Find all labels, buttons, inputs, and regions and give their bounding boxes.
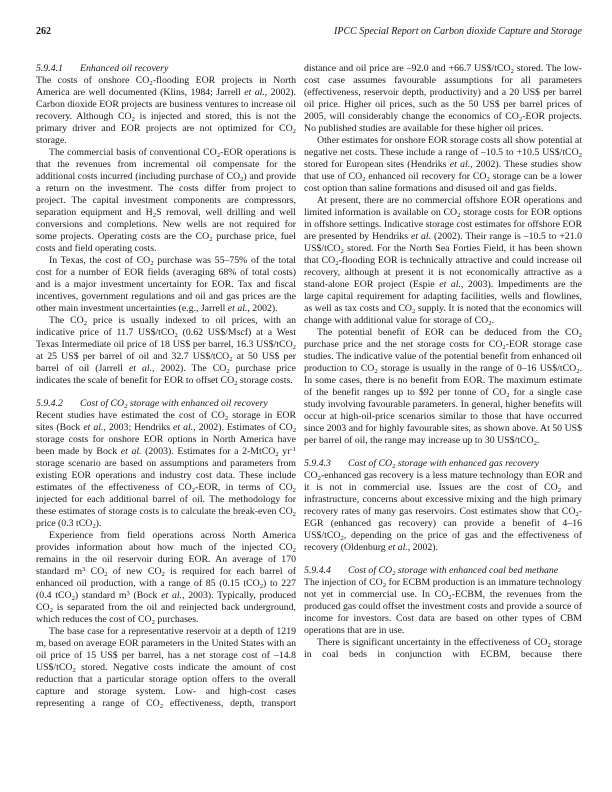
section-5-9-4-2: 5.9.4.2 Cost of CO2 storage with enhance… <box>36 398 296 710</box>
paragraph: The injection of CO2 for ECBM production… <box>304 577 582 637</box>
section-title: Enhanced oil recovery <box>80 63 296 75</box>
paragraph: The costs of onshore CO2-flooding EOR pr… <box>36 75 296 147</box>
section-number: 5.9.4.1 <box>36 63 80 75</box>
paragraph: The potential benefit of EOR can be dedu… <box>304 327 582 447</box>
section-title: Cost of CO2 storage with enhanced gas re… <box>348 458 582 470</box>
paragraph: At present, there are no commercial offs… <box>304 195 582 327</box>
section-number: 5.9.4.2 <box>36 398 80 410</box>
paragraph: distance and oil price are –92.0 and +66… <box>304 63 582 135</box>
document-page: 262 IPCC Special Report on Carbon dioxid… <box>0 0 612 792</box>
right-column: distance and oil price are –92.0 and +66… <box>304 63 582 710</box>
paragraph: Recent studies have estimated the cost o… <box>36 410 296 530</box>
section-number: 5.9.4.3 <box>304 458 348 470</box>
section-heading: 5.9.4.4 Cost of CO2 storage with enhance… <box>304 565 582 577</box>
section-5-9-4-2-continued: distance and oil price are –92.0 and +66… <box>304 63 582 447</box>
section-heading: 5.9.4.3 Cost of CO2 storage with enhance… <box>304 458 582 470</box>
section-title: Cost of CO2 storage with enhanced oil re… <box>80 398 296 410</box>
page-header: 262 IPCC Special Report on Carbon dioxid… <box>36 26 582 38</box>
paragraph: The base case for a representative reser… <box>36 626 296 710</box>
paragraph: CO2-enhanced gas recovery is a less matu… <box>304 470 582 554</box>
section-heading: 5.9.4.2 Cost of CO2 storage with enhance… <box>36 398 296 410</box>
paragraph: The commercial basis of conventional CO2… <box>36 147 296 255</box>
paragraph: The CO2 price is usually indexed to oil … <box>36 315 296 387</box>
section-title: Cost of CO2 storage with enhanced coal b… <box>348 565 582 577</box>
section-number: 5.9.4.4 <box>304 565 348 577</box>
section-5-9-4-3: 5.9.4.3 Cost of CO2 storage with enhance… <box>304 458 582 554</box>
running-title: IPCC Special Report on Carbon dioxide Ca… <box>334 26 582 38</box>
section-5-9-4-4: 5.9.4.4 Cost of CO2 storage with enhance… <box>304 565 582 661</box>
paragraph: In Texas, the cost of CO2 purchase was 5… <box>36 255 296 315</box>
paragraph: Other estimates for onshore EOR storage … <box>304 135 582 195</box>
paragraph: Experience from field operations across … <box>36 530 296 626</box>
page-number: 262 <box>36 26 51 38</box>
section-heading: 5.9.4.1 Enhanced oil recovery <box>36 63 296 75</box>
two-column-body: 5.9.4.1 Enhanced oil recovery The costs … <box>36 63 582 710</box>
paragraph: There is significant uncertainty in the … <box>304 637 582 661</box>
left-column: 5.9.4.1 Enhanced oil recovery The costs … <box>36 63 296 710</box>
section-5-9-4-1: 5.9.4.1 Enhanced oil recovery The costs … <box>36 63 296 387</box>
